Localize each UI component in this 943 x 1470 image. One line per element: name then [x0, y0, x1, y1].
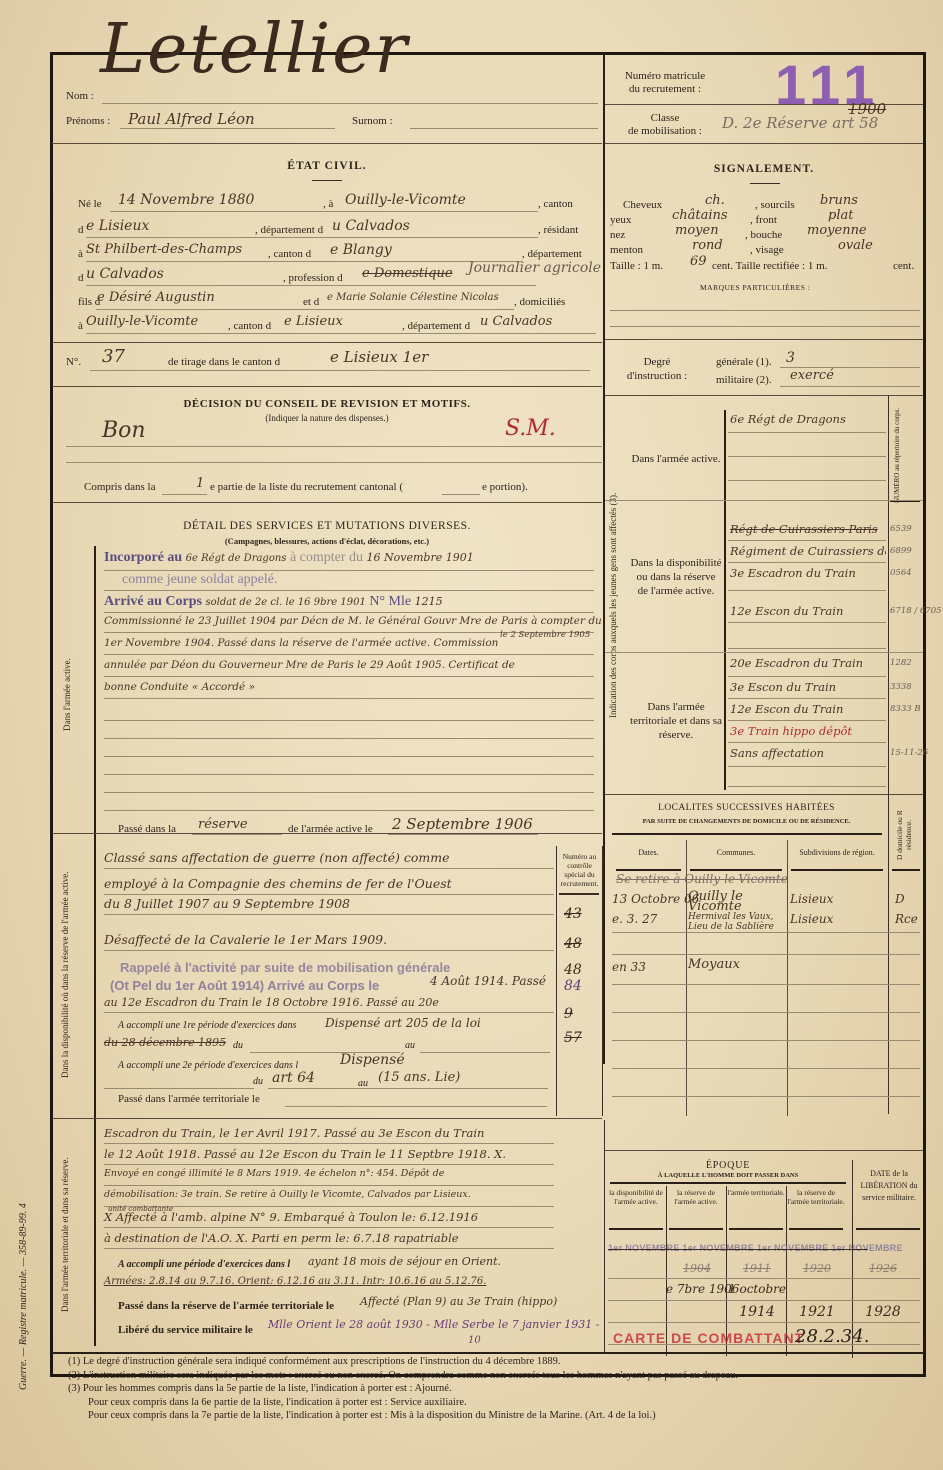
corps-section-label: Dans l'armée territoriale et dans sa rés… [630, 700, 722, 742]
ruled-line [104, 1227, 554, 1228]
libere-extra: 10 [468, 1335, 481, 1346]
numero-controle-value: 48 [564, 962, 582, 978]
rappel-stamp-1: Rappelé à l'activité par suite de mobili… [120, 960, 450, 975]
ruled-line [728, 562, 886, 563]
ruled-line [728, 456, 886, 457]
instruction-label: Degré d'instruction : [612, 355, 702, 383]
territoriale-note-line: Envoyé en congé illimité le 8 Mars 1919.… [104, 1168, 444, 1179]
epoque-cell: 1911 [726, 1262, 788, 1275]
ruled-line [104, 868, 554, 869]
decision-value: Bon [102, 418, 146, 443]
rappel-hand-2: au 12e Escadron du Train le 18 Octobre 1… [104, 996, 439, 1009]
ruled-line [612, 1012, 920, 1013]
rappel-stamp-2: (Ot Pel du 1er Août 1914) Arrivé au Corp… [110, 978, 379, 993]
footnote: (3) Pour les hommes compris dans la 5e p… [68, 1382, 908, 1396]
classe-year-struck: 1900 [848, 100, 886, 118]
yeux: châtains [672, 208, 728, 223]
bouche: moyenne [807, 223, 867, 238]
visage: ovale [838, 238, 873, 253]
territoriale-note-line: le 12 Août 1918. Passé au 12e Escon du T… [104, 1147, 506, 1161]
ruled-line [728, 676, 886, 677]
header-rule [729, 1228, 783, 1230]
ruled-line [728, 742, 886, 743]
departement-naissance: u Calvados [332, 218, 410, 234]
ruled-line [728, 480, 886, 481]
residence: St Philbert-des-Champs [86, 242, 242, 257]
ruled-line [104, 1164, 554, 1165]
epoque-cell: 1926 [852, 1262, 914, 1275]
reserve-terr-value: Affecté (Plan 9) au 3e Train (hippo) [360, 1295, 557, 1308]
localites-subtitle: PAR SUITE DE CHANGEMENTS DE DOMICILE OU … [605, 818, 888, 825]
epoque-cell: 1921 [786, 1304, 848, 1320]
etat-civil-title: ÉTAT CIVIL. [52, 160, 602, 172]
profession: Journalier agricole [468, 262, 618, 274]
ruled-line [104, 810, 594, 811]
lieu-naissance: Ouilly-le-Vicomte [345, 192, 466, 208]
footnote: Pour ceux compris dans la 7e partie de l… [68, 1409, 908, 1423]
marques-label: MARQUES PARTICULIÈRES : [700, 283, 810, 292]
nom-value: Letellier [100, 10, 409, 89]
localite-subdivision: Lisieux [790, 912, 833, 926]
carte-combattant-stamp: CARTE DE COMBATTANT [613, 1330, 804, 1346]
nez: moyen [675, 223, 719, 238]
corps-divider [605, 652, 923, 653]
epoque-stamp-row: 1er NOVEMBRE 1er NOVEMBRE 1er NOVEMBRE 1… [608, 1243, 903, 1253]
corps-entry: 3e Train hippo dépôt [730, 724, 886, 738]
ruled-line [104, 738, 594, 739]
periode1-value-2: du 28 décembre 1895 [104, 1036, 226, 1049]
canton-parents: e Lisieux [284, 314, 343, 329]
periode2-du: art 64 [272, 1070, 315, 1086]
localite-commune: Hermival les Vaux, Lieu de la Sablière [688, 912, 788, 932]
services-subtitle: (Campagnes, blessures, actions d'éclat, … [52, 536, 602, 546]
localites-title: LOCALITES SUCCESSIVES HABITÉES [605, 803, 888, 813]
corps-entry: Régt de Cuirassiers Paris [730, 522, 886, 536]
nom-label: Nom : [66, 90, 94, 102]
date-naissance: 14 Novembre 1880 [118, 192, 254, 208]
rappel-date: 4 Août 1914. Passé [430, 974, 546, 988]
corps-numero: 8333 B [890, 704, 921, 714]
corps-entry: Sans affectation [730, 746, 886, 760]
ruled-line [104, 1143, 554, 1144]
terr-periode-value: ayant 18 mois de séjour en Orient. [308, 1255, 501, 1268]
numero-controle-value: 84 [564, 978, 582, 994]
epoque-col-header: la réserve de l'armée territoriale. [786, 1188, 846, 1206]
header-rule [616, 869, 681, 871]
ruled-line [104, 792, 594, 793]
decision-title: DÉCISION DU CONSEIL DE REVISION ET MOTIF… [52, 398, 602, 410]
front: plat [828, 208, 853, 223]
corps-entry: 20e Escadron du Train [730, 656, 886, 670]
ruled-line [104, 1248, 554, 1249]
localites-col-header: Dates. [612, 848, 685, 858]
corps-entry: 3e Escon du Train [730, 680, 886, 694]
localite-date: en 33 [612, 960, 646, 974]
reserve-note-line: Désaffecté de la Cavalerie le 1er Mars 1… [104, 932, 387, 947]
corps-entry: 12e Escon du Train [730, 702, 886, 716]
service-line-incorpore: Incorporé au 6e Régt de Dragons à compte… [104, 550, 474, 566]
ruled-line [728, 720, 886, 721]
canton-naissance: e Lisieux [86, 218, 149, 234]
ruled-line [612, 984, 920, 985]
header-rule [791, 869, 883, 871]
localites-header-note: Se retire à Ouilly-le-Vicomte [616, 872, 788, 886]
libere-value: Mlle Orient le 28 août 1930 - Mlle Serbe… [268, 1318, 599, 1331]
reserve-note-line: employé à la Compagnie des chemins de fe… [104, 876, 452, 891]
ruled-line [104, 950, 554, 951]
active-note-line: bonne Conduite « Accordé » [104, 681, 255, 693]
periode2-value: Dispensé [340, 1052, 405, 1068]
passe-reserve-date: 2 Septembre 1906 [392, 815, 533, 833]
localites-col-header: Communes. [686, 848, 786, 858]
cheveux: ch. [705, 193, 725, 208]
ruled-line [104, 774, 594, 775]
reserve-note-line: du 8 Juillet 1907 au 9 Septembre 1908 [104, 896, 350, 911]
active-note-line: annulée par Déon du Gouverneur Mre de Pa… [104, 659, 515, 671]
header-rule [856, 1228, 920, 1230]
ruled-line [104, 1185, 554, 1186]
ruled-line [104, 756, 594, 757]
tirage-canton: e Lisieux 1er [330, 348, 428, 366]
epoque-cell: 1904 [666, 1262, 728, 1275]
header-rule [690, 869, 782, 871]
tirage-numero: 37 [102, 346, 125, 367]
ruled-line [612, 1068, 920, 1069]
ruled-line [608, 1278, 920, 1279]
ruled-line [612, 1040, 920, 1041]
classe-label: Classe de mobilisation : [605, 112, 725, 138]
numero-controle-value: 43 [564, 906, 582, 922]
domicile-parents: Ouilly-le-Vicomte [86, 314, 198, 329]
corps-divider [605, 500, 923, 501]
passe-reserve: réserve [198, 817, 248, 832]
footnote: (2) L'instruction militaire sera indiqué… [68, 1369, 908, 1383]
mere: e Marie Solanie Célestine Nicolas [327, 292, 499, 303]
numero-controle-label: Numéro au contrôle spécial du recrutemen… [557, 852, 602, 888]
reserve-note-line: Classé sans affectation de guerre (non a… [104, 850, 450, 865]
ruled-line [728, 432, 886, 433]
localite-dr: Rce [895, 912, 918, 926]
corps-numero: 0564 [890, 568, 912, 578]
ruled-line [104, 654, 594, 655]
menton: rond [692, 238, 723, 253]
territoriale-insert: unité combattante [108, 1205, 173, 1213]
ruled-line [728, 622, 886, 623]
ruled-line [104, 914, 554, 915]
epoque-cell: 1928 [852, 1304, 914, 1320]
header-rule [669, 1228, 723, 1230]
active-service-insert: le 2 Septembre 1905 [500, 630, 590, 640]
epoque-cell: e 7bre 1906 [666, 1282, 728, 1296]
pere: e Désiré Augustin [97, 290, 215, 305]
corps-entry: 12e Escon du Train [730, 604, 886, 618]
side-label-reserve: Dans la disponibilité où dans la réserve… [60, 840, 94, 1110]
localite-date: e. 3. 27 [612, 912, 657, 926]
epoque-col-header: l'armée territoriale. [726, 1188, 786, 1197]
periode2-au: (15 ans. Lie) [378, 1070, 460, 1085]
localites-col-header: Subdivisions de région. [787, 848, 887, 858]
ruled-line [728, 786, 886, 787]
prenoms-label: Prénoms : [66, 115, 110, 127]
numero-repertoire-label: NUMÉRO au répertoire du corps. [893, 405, 901, 505]
localite-subdivision: Lisieux [790, 892, 833, 906]
departement-residence: u Calvados [86, 266, 164, 282]
localite-date: 13 Octobre 06 [612, 892, 699, 906]
ruled-line [612, 1096, 920, 1097]
numero-controle-value: 48 [564, 936, 582, 952]
epoque-cell: 1920 [786, 1262, 848, 1275]
corps-entry: Régiment de Cuirassiers de Paris B. [730, 544, 886, 558]
corps-entry: 6e Régt de Dragons [730, 412, 886, 426]
numero-controle-value: 9 [564, 1006, 573, 1022]
localites-dr-header: D domicile ou R résidence. [895, 800, 913, 870]
active-note-line: Commissionné le 23 Juillet 1904 par Décn… [104, 615, 602, 627]
liberation-header: DATE de la LIBÉRATION du service militai… [854, 1168, 924, 1204]
localite-commune: Ouilly le Vicomte [688, 892, 788, 912]
service-line-jeune-soldat: comme jeune soldat appelé. [122, 572, 278, 588]
ruled-line [104, 676, 594, 677]
header-rule [892, 869, 920, 871]
corps-numero: 3338 [890, 682, 912, 692]
corps-numero: 6899 [890, 546, 912, 556]
corps-numero: 6718 / 6705 [890, 606, 942, 616]
surnom-label: Surnom : [352, 115, 393, 127]
ruled-line [612, 954, 920, 955]
ruled-line [728, 590, 886, 591]
ruled-line [728, 698, 886, 699]
side-label-territoriale: Dans l'armée territoriale et dans sa rés… [60, 1125, 94, 1345]
departement-parents: u Calvados [480, 314, 552, 329]
instruction-generale: 3 [786, 350, 795, 366]
decision-initials: S.M. [505, 416, 556, 441]
side-label-active: Dans l'armée active. [62, 560, 72, 830]
header-rule [789, 1228, 843, 1230]
territoriale-note-line: démobilisation: 3e train. Se retire à Ou… [104, 1189, 471, 1200]
footnote: (1) Le degré d'instruction générale sera… [68, 1355, 908, 1369]
corps-numero: 15-11-26 [890, 748, 928, 758]
ruled-line [728, 540, 886, 541]
corps-section-label: Dans la disponibilité ou dans la réserve… [630, 556, 722, 598]
sourcils: bruns [820, 193, 858, 208]
printer-mark: Guerre. — Registre matricule. — 358-89-9… [18, 1150, 29, 1390]
header-rule [609, 1228, 663, 1230]
compris-partie: 1 [196, 476, 204, 491]
localite-dr: D [895, 892, 905, 906]
matricule-label: Numéro matricule du recrutement : [605, 70, 725, 96]
epoque-col-header: la réserve de l'armée active. [666, 1188, 726, 1206]
service-line-arrive: Arrivé au Corps soldat de 2e cl. le 16 9… [104, 594, 443, 610]
campagnes: Armées: 2.8.14 au 9.7.16. Orient: 6.12.1… [104, 1276, 486, 1287]
ruled-line [104, 894, 554, 895]
active-note-line: 1er Novembre 1904. Passé dans la réserve… [104, 637, 498, 649]
services-title: DÉTAIL DES SERVICES ET MUTATIONS DIVERSE… [52, 520, 602, 532]
ruled-line [612, 932, 920, 933]
corps-entry: 3e Escadron du Train [730, 566, 886, 580]
territoriale-note-line: Escadron du Train, le 1er Avril 1917. Pa… [104, 1126, 484, 1140]
ruled-line [608, 1322, 920, 1323]
corps-side-label: Indication des corps auxquels les jeunes… [608, 410, 618, 800]
footnote: Pour ceux compris dans la 6e partie de l… [68, 1396, 908, 1410]
epoque-subtitle: À LAQUELLE L'HOMME DOIT PASSER DANS [606, 1172, 850, 1179]
canton-residence: e Blangy [330, 242, 392, 258]
epoque-col-header: la disponibilité de l'armée active. [606, 1188, 666, 1206]
corps-numero: 1282 [890, 658, 912, 668]
signalement-title: SIGNALEMENT. [605, 163, 923, 175]
territoriale-note-line: à destination de l'A.O. X. Parti en perm… [104, 1231, 459, 1245]
numero-controle-value: 57 [564, 1030, 582, 1046]
corps-numero: 6539 [890, 524, 912, 534]
corps-section-label: Dans l'armée active. [630, 452, 722, 466]
epoque-cell: 1914 [726, 1304, 788, 1320]
ruled-line [608, 1300, 920, 1301]
ruled-line [728, 766, 886, 767]
epoque-title: ÉPOQUE [606, 1160, 850, 1171]
instruction-militaire: exercé [790, 368, 834, 383]
localite-commune: Moyaux [688, 960, 788, 970]
periode1-value: Dispensé art 205 de la loi [325, 1016, 481, 1030]
profession-struck: e Domestique [362, 266, 453, 281]
ruled-line [104, 720, 594, 721]
footnotes: (1) Le degré d'instruction générale sera… [68, 1355, 908, 1423]
epoque-cell: 1 octobre [726, 1282, 788, 1296]
prenoms-value: Paul Alfred Léon [128, 110, 255, 128]
ruled-line [104, 698, 594, 699]
ruled-line [728, 648, 886, 649]
carte-combattant-date: 28.2.34. [795, 1326, 869, 1347]
taille: 69 [690, 254, 707, 269]
